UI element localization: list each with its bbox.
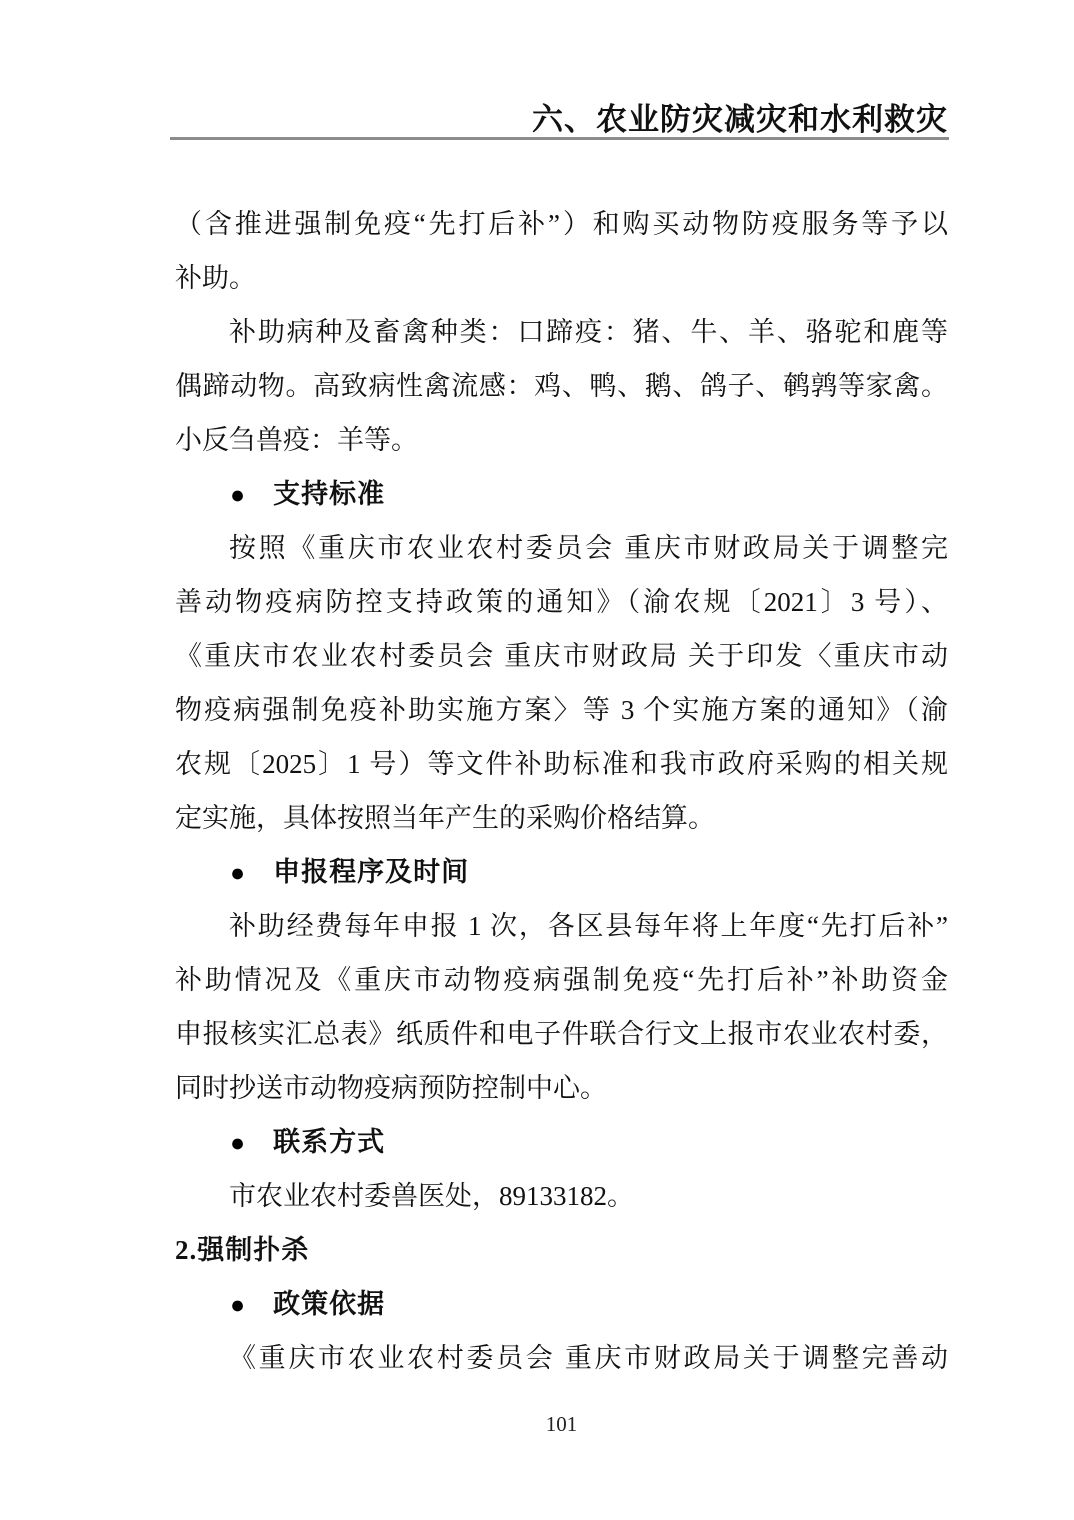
header-rule [170, 137, 949, 140]
text-line: 申报核实汇总表》纸质件和电子件联合行文上报市农业农村委， [175, 1007, 948, 1061]
text-line: 按照《重庆市农业农村委员会 重庆市财政局关于调整完 [175, 521, 948, 575]
text-line: 补助。 [175, 251, 948, 305]
section-heading: 政策依据 [273, 1289, 385, 1319]
text-line: 农规〔2025〕1 号）等文件补助标准和我市政府采购的相关规 [175, 737, 948, 791]
text-line: 补助病种及畜禽种类：口蹄疫：猪、牛、羊、骆驼和鹿等 [175, 305, 948, 359]
text-line: 市农业农村委兽医处，89133182。 [175, 1169, 948, 1223]
text-line: 补助经费每年申报 1 次，各区县每年将上年度“先打后补” [175, 899, 948, 953]
bullet-heading: ●政策依据 [175, 1277, 948, 1331]
numbered-heading: 2.强制扑杀 [175, 1223, 948, 1277]
bullet-heading: ●申报程序及时间 [175, 845, 948, 899]
text-line: 《重庆市农业农村委员会 重庆市财政局关于调整完善动 [175, 1331, 948, 1385]
document-body: （含推进强制免疫“先打后补”）和购买动物防疫服务等予以补助。补助病种及畜禽种类：… [175, 197, 948, 1385]
bullet-heading: ●联系方式 [175, 1115, 948, 1169]
text-line: 定实施，具体按照当年产生的采购价格结算。 [175, 791, 948, 845]
section-heading: 支持标准 [273, 479, 385, 509]
bullet-heading: ●支持标准 [175, 467, 948, 521]
bullet-icon: ● [230, 1117, 245, 1171]
text-line: 偶蹄动物。高致病性禽流感：鸡、鸭、鹅、鸽子、鹌鹑等家禽。 [175, 359, 948, 413]
text-line: 补助情况及《重庆市动物疫病强制免疫“先打后补”补助资金 [175, 953, 948, 1007]
text-line: 《重庆市农业农村委员会 重庆市财政局 关于印发〈重庆市动 [175, 629, 948, 683]
text-line: 小反刍兽疫：羊等。 [175, 413, 948, 467]
document-page: 六、农业防灾减灾和水利救灾 （含推进强制免疫“先打后补”）和购买动物防疫服务等予… [0, 0, 1074, 1520]
text-line: 同时抄送市动物疫病预防控制中心。 [175, 1061, 948, 1115]
section-heading: 联系方式 [273, 1127, 385, 1157]
text-line: 物疫病强制免疫补助实施方案〉等 3 个实施方案的通知》（渝 [175, 683, 948, 737]
text-line: 善动物疫病防控支持政策的通知》（渝农规〔2021〕3 号）、 [175, 575, 948, 629]
section-heading: 申报程序及时间 [273, 857, 469, 887]
bullet-icon: ● [230, 469, 245, 523]
bullet-icon: ● [230, 1279, 245, 1333]
text-line: （含推进强制免疫“先打后补”）和购买动物防疫服务等予以 [175, 197, 948, 251]
page-header-title: 六、农业防灾减灾和水利救灾 [532, 94, 948, 139]
page-number: 101 [175, 1412, 948, 1437]
bullet-icon: ● [230, 847, 245, 901]
